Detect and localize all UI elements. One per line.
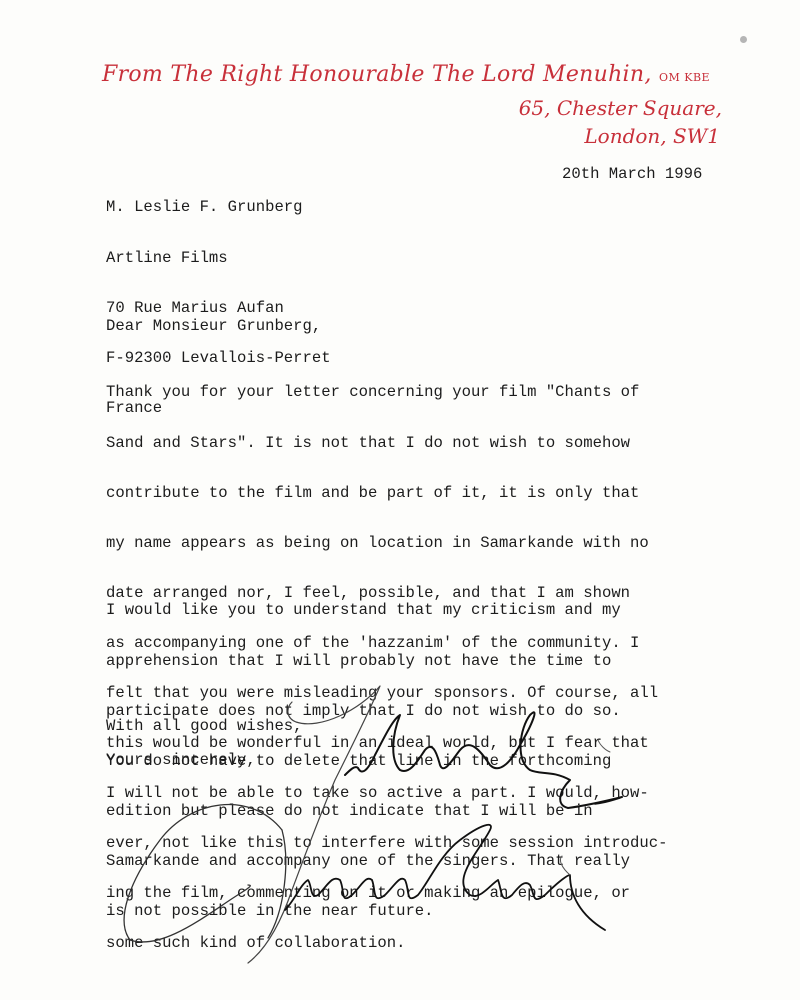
body-line: apprehension that I will probably not ha… [106, 653, 630, 670]
body-line: Thank you for your letter concerning you… [106, 384, 667, 401]
paper-speck [740, 36, 747, 43]
body-line: is not possible in the near future. [106, 903, 630, 920]
body-line: Samarkande and accompany one of the sing… [106, 853, 630, 870]
body-line: Sand and Stars". It is not that I do not… [106, 435, 667, 452]
letterhead-street: 65, Chester Square, [519, 96, 722, 120]
closing-wishes: With all good wishes, [106, 718, 303, 735]
letterhead-city: London, SW1 [584, 124, 720, 148]
closing-sign-off: Yours sincerely, [106, 752, 256, 769]
body-line: some such kind of collaboration. [106, 935, 667, 952]
letterhead: From The Right Honourable The Lord Menuh… [0, 0, 800, 160]
letterhead-honours: OM KBE [659, 71, 710, 84]
recipient-line: 70 Rue Marius Aufan [106, 300, 331, 317]
body-line: my name appears as being on location in … [106, 535, 667, 552]
letterhead-from: From The Right Honourable The Lord Menuh… [102, 62, 710, 87]
letter-date: 20th March 1996 [562, 166, 702, 183]
recipient-line: Artline Films [106, 250, 331, 267]
body-line: I would like you to understand that my c… [106, 602, 630, 619]
letterhead-from-text: From The Right Honourable The Lord Menuh… [102, 62, 652, 87]
body-line: edition but please do not indicate that … [106, 803, 630, 820]
salutation: Dear Monsieur Grunberg, [106, 318, 321, 335]
body-line: contribute to the film and be part of it… [106, 485, 667, 502]
recipient-line: M. Leslie F. Grunberg [106, 199, 331, 216]
